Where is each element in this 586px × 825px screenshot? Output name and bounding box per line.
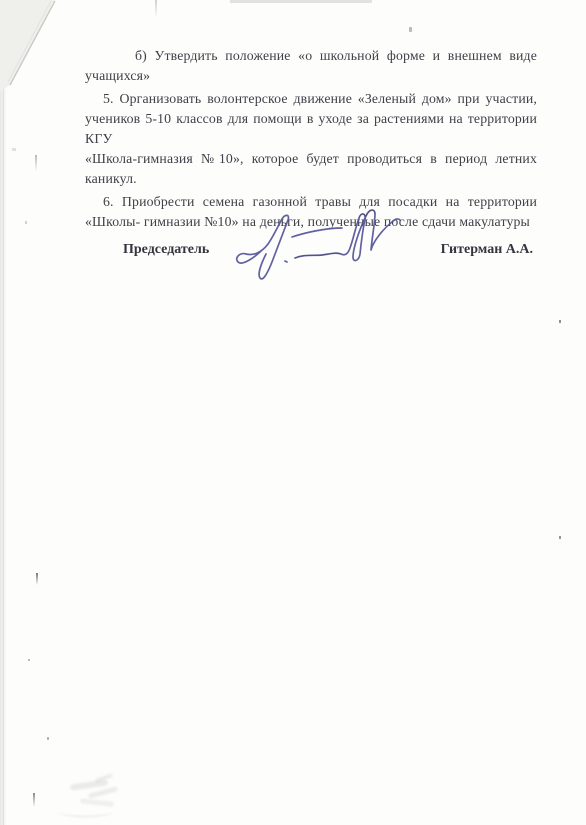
scan-speck	[25, 221, 27, 224]
document-paragraph: 5. Организовать волонтерское движение «З…	[85, 89, 537, 189]
document-line: учеников 5-10 классов для помощи в уходе…	[85, 109, 537, 149]
scan-speck	[559, 320, 561, 323]
document-text-block: б) Утвердить положение «о школьной форме…	[85, 46, 537, 232]
document-paragraph: б) Утвердить положение «о школьной форме…	[85, 46, 537, 86]
document-line: 5. Организовать волонтерское движение «З…	[85, 89, 537, 109]
document-line: каникул.	[85, 169, 537, 189]
scan-edge-line	[3, 0, 4, 825]
scan-speck	[12, 148, 16, 151]
signature-stroke	[237, 210, 400, 279]
scan-artifact-crease	[155, 0, 157, 18]
scan-speck	[559, 536, 561, 539]
signature-signer-name: Гитерман А.А.	[441, 242, 533, 258]
document-page: б) Утвердить положение «о школьной форме…	[0, 0, 586, 825]
document-line: учащихся»	[85, 66, 537, 86]
handwritten-signature	[232, 206, 404, 306]
document-line: б) Утвердить положение «о школьной форме…	[85, 46, 537, 66]
page-corner-fold	[0, 0, 70, 100]
scan-speck	[28, 659, 30, 661]
scan-speck	[409, 27, 412, 32]
scan-speck	[35, 155, 37, 171]
pencil-smudge	[88, 786, 118, 799]
scan-speck	[36, 573, 38, 585]
scan-speck	[47, 737, 49, 740]
pencil-smudge	[58, 806, 113, 817]
signature-role-label: Председатель	[123, 242, 209, 258]
document-line: «Школа-гимназия №10», которое будет пров…	[85, 149, 537, 169]
scan-speck	[33, 793, 35, 807]
scan-artifact-top-line	[230, 0, 372, 3]
